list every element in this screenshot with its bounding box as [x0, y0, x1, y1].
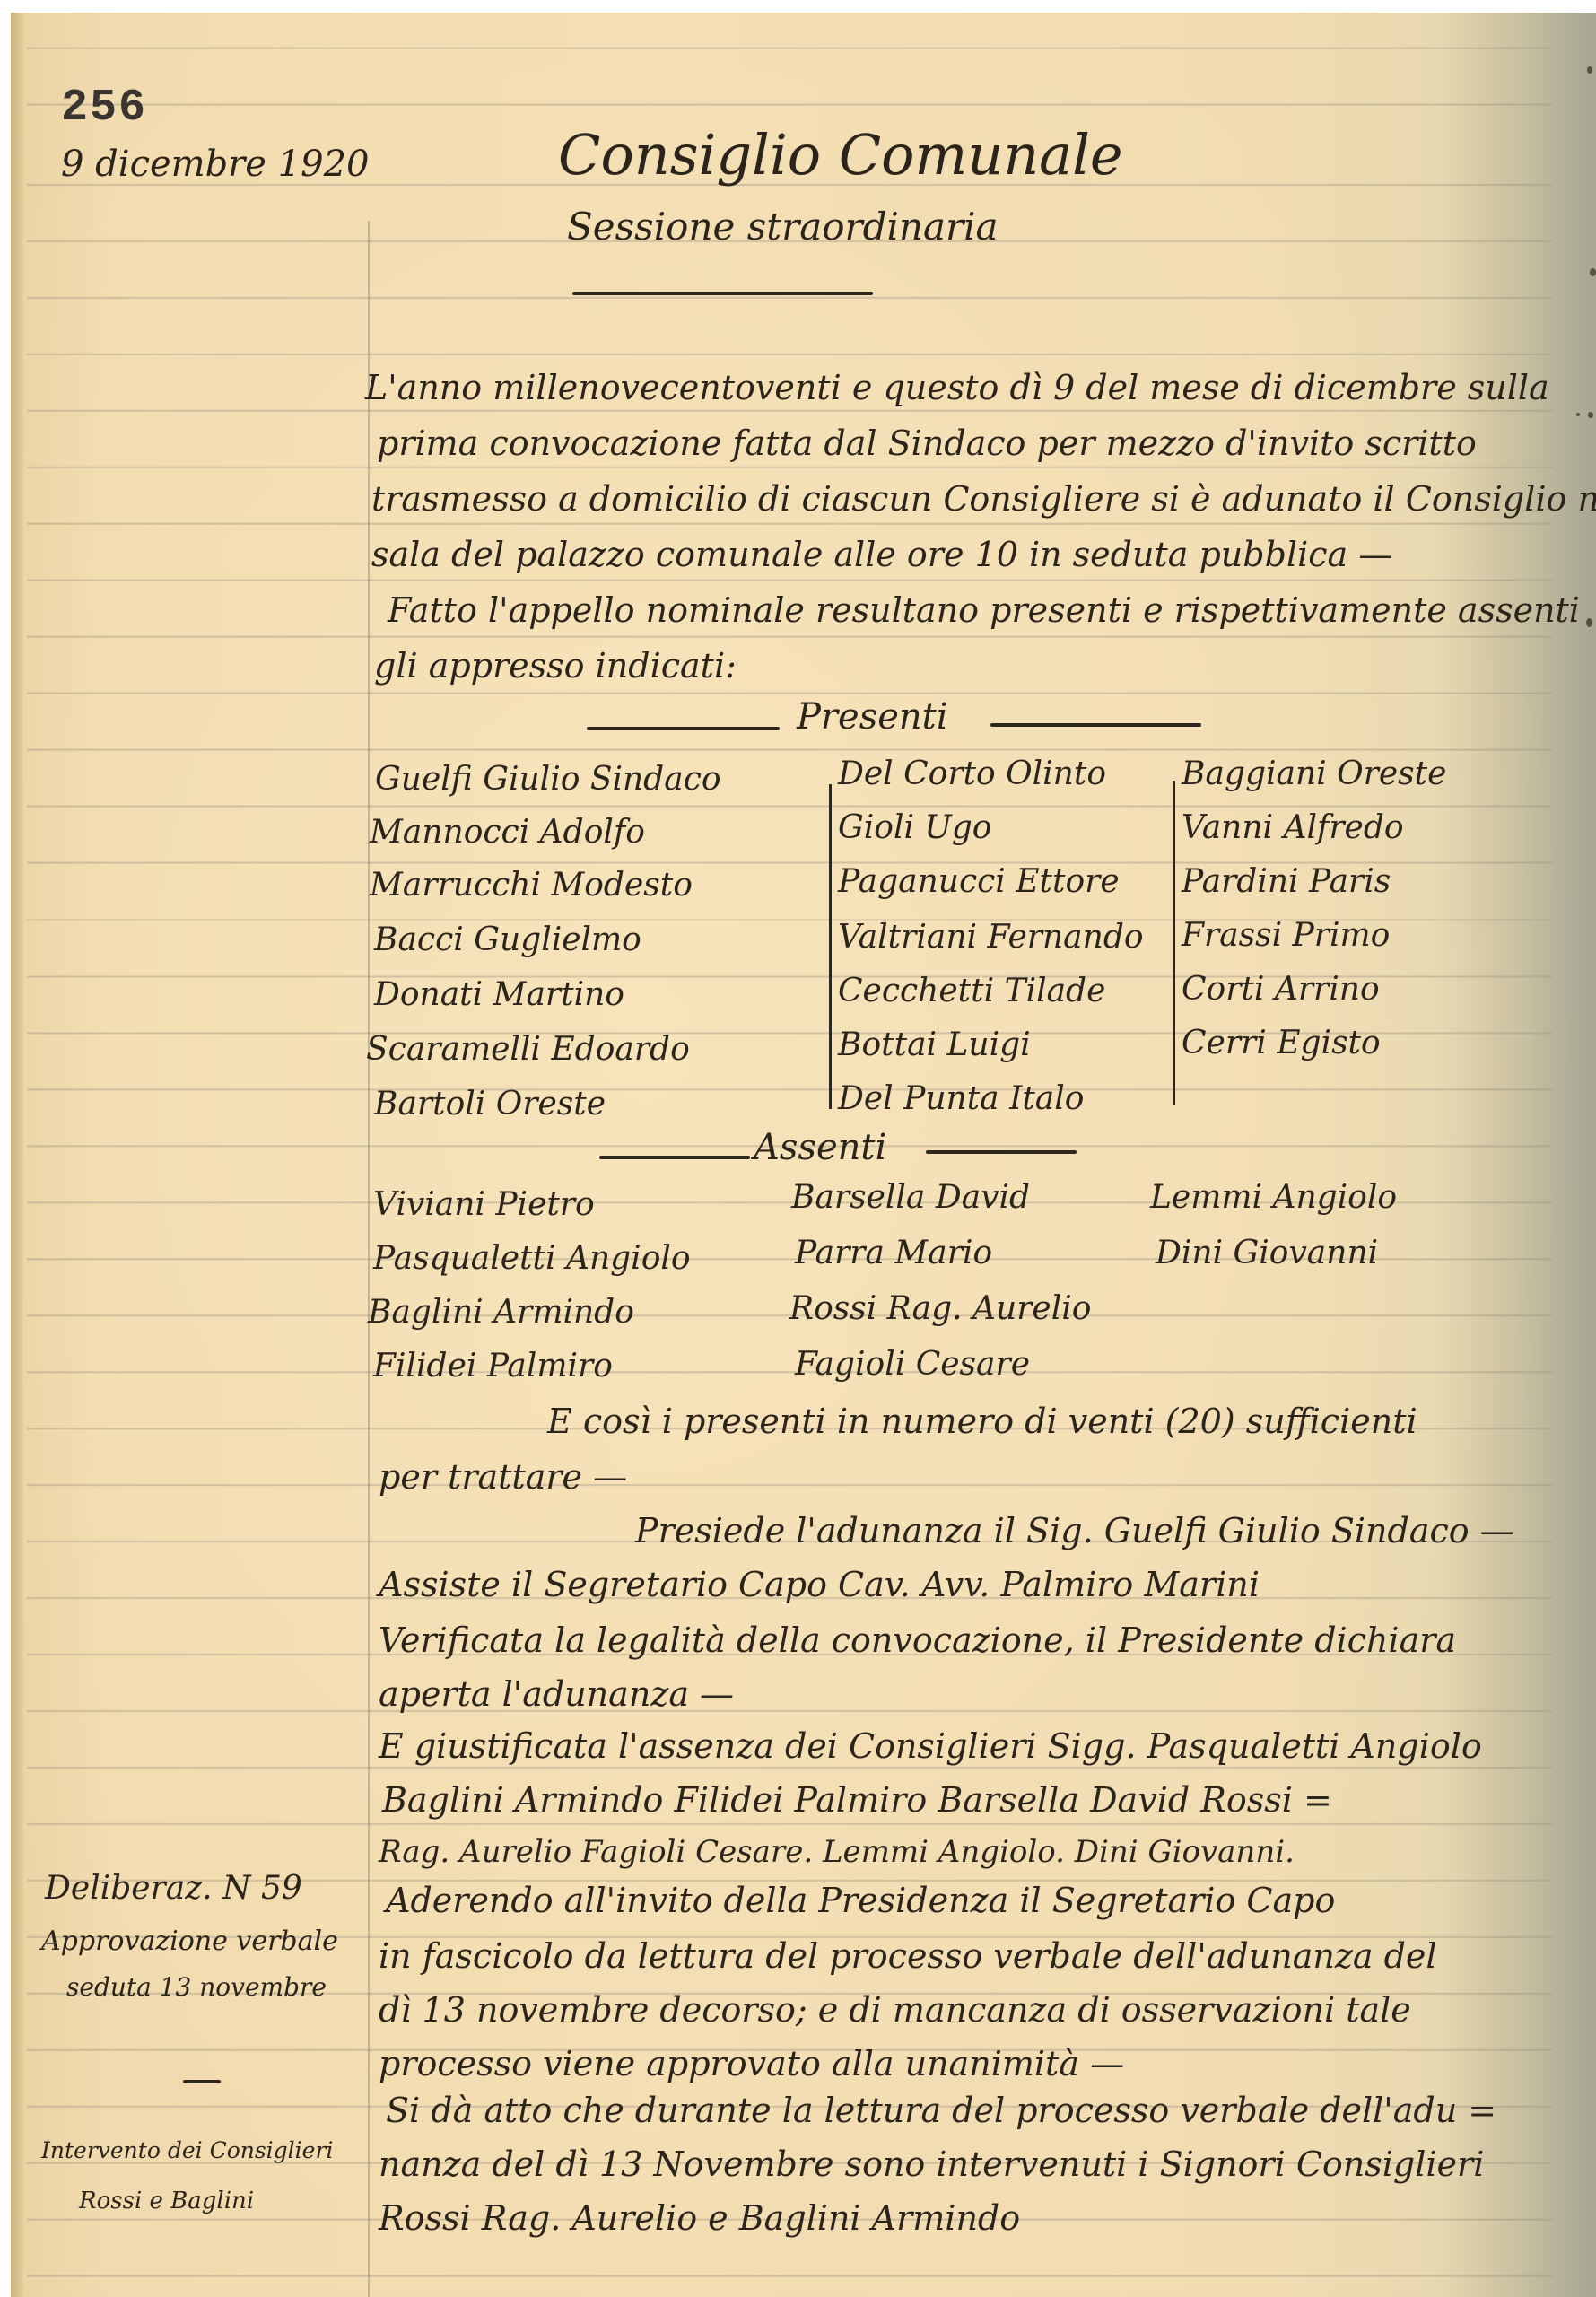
page-number: 256	[61, 83, 147, 134]
column-divider	[1173, 781, 1175, 1105]
present-member: Pardini Paris	[1182, 863, 1391, 900]
intro-line: trasmesso a domicilio di ciascun Consigl…	[371, 479, 1596, 519]
present-member: Bottai Luigi	[838, 1026, 1031, 1063]
body-line: in fascicolo da lettura del processo ver…	[379, 1936, 1437, 1976]
present-member: Donati Martino	[374, 976, 624, 1013]
body-line: Presiede l'adunanza il Sig. Guelfi Giuli…	[635, 1511, 1514, 1550]
present-member: Scaramelli Edoardo	[366, 1031, 690, 1068]
absent-member: Fagioli Cesare	[795, 1346, 1030, 1383]
body-line: E giustificata l'assenza dei Consiglieri…	[379, 1726, 1482, 1766]
column-divider	[829, 784, 832, 1109]
intervention-names: Rossi e Baglini	[79, 2188, 254, 2214]
session-subtitle: Sessione straordinaria	[567, 205, 999, 249]
absent-member: Lemmi Angiolo	[1150, 1179, 1397, 1216]
margin-separator	[183, 2080, 221, 2083]
present-member: Marrucchi Modesto	[370, 867, 693, 904]
margin-rule	[368, 221, 370, 2297]
body-line: processo viene approvato alla unanimità …	[379, 2044, 1124, 2083]
present-member: Guelfi Giulio Sindaco	[375, 761, 721, 798]
deliberation-subject: Approvazione verbale	[41, 1926, 338, 1957]
present-member: Bartoli Oreste	[374, 1086, 606, 1122]
presenti-rule-left	[587, 727, 780, 730]
body-line: per trattare —	[379, 1457, 627, 1497]
absent-member: Parra Mario	[795, 1235, 992, 1271]
page-date: 9 dicembre 1920	[61, 144, 369, 185]
body-line: Rag. Aurelio Fagioli Cesare. Lemmi Angio…	[379, 1834, 1295, 1870]
presenti-heading: Presenti	[797, 696, 948, 738]
body-line: aperta l'adunanza —	[379, 1674, 734, 1714]
absent-member: Rossi Rag. Aurelio	[789, 1290, 1091, 1327]
ink-spot	[1586, 618, 1592, 627]
deliberation-session: seduta 13 novembre	[66, 1972, 327, 2002]
ink-spot	[1587, 66, 1592, 74]
present-member: Gioli Ugo	[838, 809, 991, 846]
present-member: Frassi Primo	[1182, 917, 1390, 954]
intro-line: Fatto l'appello nominale resultano prese…	[388, 590, 1580, 630]
present-member: Vanni Alfredo	[1182, 809, 1404, 846]
assenti-rule-left	[599, 1156, 750, 1159]
body-line: Assiste il Segretario Capo Cav. Avv. Pal…	[379, 1565, 1260, 1604]
body-line: Rossi Rag. Aurelio e Baglini Armindo	[379, 2198, 1020, 2238]
body-line: Si dà atto che durante la lettura del pr…	[386, 2091, 1496, 2130]
absent-member: Baglini Armindo	[368, 1294, 634, 1331]
body-line: nanza del dì 13 Novembre sono intervenut…	[379, 2144, 1484, 2184]
present-member: Bacci Guglielmo	[374, 921, 641, 958]
page-title: Consiglio Comunale	[558, 122, 1123, 188]
ink-spot	[1576, 413, 1580, 416]
body-line: Verificata la legalità della convocazion…	[379, 1620, 1456, 1660]
absent-member: Barsella David	[791, 1179, 1030, 1216]
present-member: Corti Arrino	[1182, 971, 1380, 1008]
present-member: Baggiani Oreste	[1182, 755, 1446, 792]
present-member: Mannocci Adolfo	[370, 814, 645, 851]
present-member: Paganucci Ettore	[838, 863, 1120, 900]
page-left-edge	[11, 13, 23, 2297]
ink-spot	[1588, 412, 1593, 418]
body-line: dì 13 novembre decorso; e di mancanza di…	[379, 1990, 1411, 2030]
assenti-rule-right	[926, 1150, 1077, 1154]
absent-member: Dini Giovanni	[1156, 1235, 1378, 1271]
body-line: Baglini Armindo Filidei Palmiro Barsella…	[382, 1780, 1332, 1820]
absent-member: Filidei Palmiro	[373, 1348, 613, 1384]
body-line: E così i presenti in numero di venti (20…	[547, 1402, 1417, 1441]
present-member: Del Punta Italo	[838, 1080, 1084, 1117]
absent-member: Viviani Pietro	[373, 1186, 595, 1223]
intro-line: L'anno millenovecentoventi e questo dì 9…	[365, 368, 1549, 407]
intervention-note: Intervento dei Consiglieri	[41, 2137, 333, 2163]
presenti-rule-right	[990, 723, 1201, 727]
deliberation-number: Deliberaz. N 59	[45, 1870, 302, 1907]
ink-spot	[1590, 268, 1596, 276]
present-member: Valtriani Fernando	[838, 919, 1144, 956]
present-member: Del Corto Olinto	[838, 755, 1106, 792]
register-page: 256 9 dicembre 1920 Consiglio Comunale S…	[11, 13, 1596, 2297]
absent-member: Pasqualetti Angiolo	[373, 1240, 691, 1277]
present-member: Cerri Egisto	[1182, 1025, 1381, 1061]
present-member: Cecchetti Tilade	[838, 973, 1105, 1009]
title-underline	[572, 292, 873, 295]
intro-line: prima convocazione fatta dal Sindaco per…	[377, 424, 1477, 463]
intro-line: gli appresso indicati:	[374, 646, 737, 686]
body-line: Aderendo all'invito della Presidenza il …	[386, 1881, 1335, 1920]
assenti-heading: Assenti	[754, 1127, 886, 1168]
binding-shadow	[1515, 13, 1596, 2297]
intro-line: sala del palazzo comunale alle ore 10 in…	[371, 535, 1392, 574]
